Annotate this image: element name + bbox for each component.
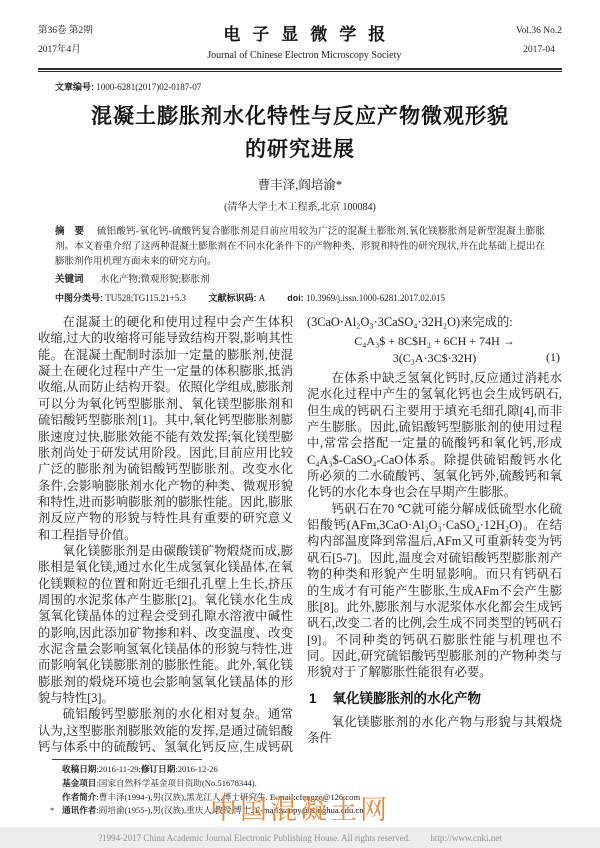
footnote-label: 收稿日期 <box>62 764 96 774</box>
cnki-url: http://www.cnki.net <box>430 833 501 843</box>
chemical-equation-1: C₄A₃$ + 8C$H₂ + 6CH + 74H → 3(C₃A·3C$·32… <box>307 333 562 367</box>
issue-block: 第36卷 第2期 2017年4月 <box>38 22 93 58</box>
journal-page: 第36卷 第2期 2017年4月 电子显微学报 Journal of Chine… <box>0 0 600 848</box>
article-title-line1: 混凝土膨胀剂水化特性与反应产物微观形貌 <box>91 105 509 128</box>
keywords-text: 水化产物;微观形貌;膨胀剂 <box>100 275 210 285</box>
volume-number-en: Vol.36 No.2 <box>516 22 562 40</box>
journal-name-en: Journal of Chinese Electron Microscopy S… <box>207 50 401 61</box>
doi-value: 10.3969/j.issn.1000-6281.2017.02.015 <box>306 293 445 303</box>
copyright-text: ?1994-2017 China Academic Journal Electr… <box>98 833 410 843</box>
article-title: 混凝土膨胀剂水化特性与反应产物微观形貌 的研究进展 <box>40 101 560 166</box>
classification-line: 中图分类号: TU528;TG115.21+5.3 文献标识码: A doi: … <box>55 291 545 304</box>
abstract: 摘 要 硫铝酸钙-氧化钙-硫酸钙复合膨胀剂是目前应用较为广泛的混凝土膨胀剂,氧化… <box>55 224 545 270</box>
equation-line1: C₄A₃$ + 8C$H₂ + 6CH + 74H → <box>307 333 562 350</box>
issue-date-en: 2017-04 <box>516 41 562 59</box>
article-title-line2: 的研究进展 <box>245 138 355 161</box>
footnote-text: :国家自然科学基金项目资助(No.51678344). <box>96 778 256 788</box>
paragraph: 在体系中缺乏氢氧化钙时,反应通过消耗水泥水化过程中产生的氢氧化钙也会生成钙矾石,… <box>307 370 562 501</box>
issue-date-cn: 2017年4月 <box>38 41 93 59</box>
abstract-text: 硫铝酸钙-氧化钙-硫酸钙复合膨胀剂是目前应用较为广泛的混凝土膨胀剂,氧化镁膨胀剂… <box>55 227 545 267</box>
doc-code-value: A <box>259 293 265 303</box>
affiliation: (清华大学土木工程系,北京 100084) <box>0 198 600 213</box>
right-column: (3CaO·Al₂O₃·3CaSO₄·32H₂O)来完成的: C₄A₃$ + 8… <box>307 314 562 754</box>
footnote-text: :2016-12-26 <box>175 764 218 774</box>
article-number-value: 1000-6281(2017)02-0187-07 <box>96 82 201 92</box>
article-number-label: 文章编号: <box>55 82 94 92</box>
paragraph-continuation: (3CaO·Al₂O₃·3CaSO₄·32H₂O)来完成的: <box>307 314 562 330</box>
clc-value: TU528;TG115.21+5.3 <box>105 293 186 303</box>
doc-code-label: 文献标识码: <box>209 293 257 303</box>
authors: 曹丰泽,阎培渝* <box>0 175 600 193</box>
paragraph: 氧化镁膨胀剂的水化产物与形貌与其煅烧条件 <box>307 714 562 747</box>
doi-label: doi: <box>287 293 304 303</box>
equation-line2: 3(C₃A·3C$·32H) <box>307 350 562 367</box>
abstract-label: 摘 要 <box>55 226 84 237</box>
copyright-bar: ?1994-2017 China Academic Journal Electr… <box>0 827 600 848</box>
article-number-line: 文章编号: 1000-6281(2017)02-0187-07 <box>55 80 600 93</box>
journal-name-cn: 电子显微学报 <box>207 20 401 45</box>
article-body: 在混凝土的硬化和使用过程中会产生体积收缩,过大的收缩将可能导致结构开裂,影响其性… <box>38 314 562 754</box>
footnote-received-date: 收稿日期:2016-11-29;修订日期:2016-12-26 <box>38 763 562 777</box>
issue-number-cn: 第36卷 第2期 <box>38 22 93 40</box>
section-number: 1 <box>309 690 317 708</box>
footnote-mid: :2016-11-29; <box>96 764 141 774</box>
paragraph: 钙矾石在70 ℃就可能分解成低硫型水化硫铝酸钙(AFm,3CaO·Al₂O₃·C… <box>307 501 562 681</box>
watermark-china-concrete-net: 中国混凝土网 <box>0 788 600 827</box>
paragraph: 硫铝酸钙型膨胀剂的水化相对复杂。通常认为,这型膨胀剂膨胀效能的发挥,是通过硫铝酸… <box>38 706 293 754</box>
clc-label: 中图分类号: <box>55 293 103 303</box>
left-column: 在混凝土的硬化和使用过程中会产生体积收缩,过大的收缩将可能导致结构开裂,影响其性… <box>38 314 293 754</box>
equation-number: (1) <box>546 349 560 366</box>
section-title: 氧化镁膨胀剂的水化产物 <box>333 690 482 708</box>
footnote-divider <box>52 759 202 760</box>
keywords-label: 关键词 <box>55 274 84 285</box>
section-1-heading: 1 氧化镁膨胀剂的水化产物 <box>309 690 562 708</box>
header-divider <box>38 68 562 72</box>
keywords-line: 关键词 水化产物;微观形貌;膨胀剂 <box>55 271 545 285</box>
paragraph: 氧化镁膨胀剂是由碳酸镁矿物煅烧而成,膨胀相是氧化镁,通过水化生成氢氧化镁晶体,在… <box>38 543 293 706</box>
paragraph: 在混凝土的硬化和使用过程中会产生体积收缩,过大的收缩将可能导致结构开裂,影响其性… <box>38 314 293 543</box>
volume-block: Vol.36 No.2 2017-04 <box>516 22 562 58</box>
footnote-label2: 修订日期 <box>141 764 175 774</box>
journal-header: 第36卷 第2期 2017年4月 电子显微学报 Journal of Chine… <box>0 0 600 61</box>
journal-name-block: 电子显微学报 Journal of Chinese Electron Micro… <box>207 20 401 61</box>
footnote-label: 基金项目 <box>62 778 96 788</box>
